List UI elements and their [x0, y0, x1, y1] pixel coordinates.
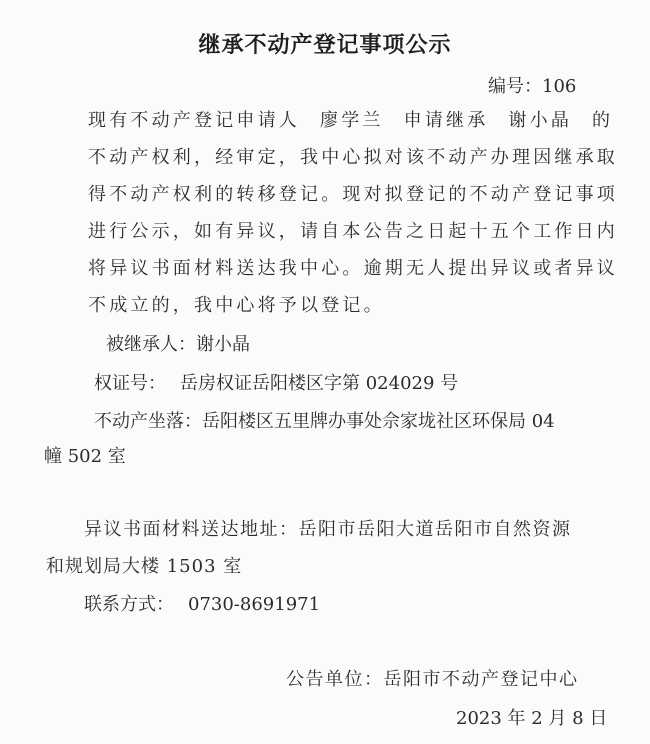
body-text: 申请继承	[404, 110, 489, 131]
body-line-1: 现有不动产登记申请人廖学兰申请继承谢小晶的	[88, 106, 613, 132]
objection-address-label: 异议书面材料送达地址：	[84, 519, 299, 540]
certificate-label: 权证号：	[94, 373, 166, 394]
applicant-name: 廖学兰	[320, 110, 384, 131]
location-label: 不动产坐落：	[94, 411, 202, 432]
objection-address-line1: 岳阳市岳阳大道岳阳市自然资源	[299, 519, 572, 540]
certificate-value: 岳房权证岳阳楼区字第 024029 号	[180, 373, 458, 394]
location-value-line1: 岳阳楼区五里牌办事处佘家垅社区环保局 04	[202, 411, 555, 432]
issuer-label: 公告单位：	[286, 669, 384, 690]
contact-value: 0730-8691971	[188, 594, 320, 615]
issuer-field: 公告单位：岳阳市不动产登记中心	[286, 665, 579, 691]
objection-address: 异议书面材料送达地址：岳阳市岳阳大道岳阳市自然资源	[84, 515, 572, 541]
contact-field: 联系方式：0730-8691971	[84, 590, 320, 616]
document-title: 继承不动产登记事项公示	[0, 28, 650, 59]
objection-address-line2: 和规划局大楼 1503 室	[46, 552, 242, 578]
document-number: 编号：106	[488, 72, 576, 98]
public-notice-document: 继承不动产登记事项公示 编号：106 现有不动产登记申请人廖学兰申请继承谢小晶的…	[0, 0, 650, 744]
decedent-field: 被继承人：谢小晶	[106, 330, 250, 356]
body-line-2: 不动产权利，经审定，我中心拟对该不动产办理因继承取	[88, 143, 618, 169]
body-line-4: 进行公示，如有异议，请自本公告之日起十五个工作日内	[88, 217, 618, 243]
document-number-label: 编号：	[488, 76, 542, 97]
location-field: 不动产坐落：岳阳楼区五里牌办事处佘家垅社区环保局 04	[94, 407, 555, 433]
notice-date: 2023 年 2 月 8 日	[456, 704, 607, 730]
decedent-name: 谢小晶	[508, 110, 572, 131]
body-text: 的	[592, 110, 613, 131]
body-text: 现有不动产登记申请人	[88, 110, 300, 131]
decedent-label: 被继承人：	[106, 334, 196, 355]
certificate-field: 权证号：岳房权证岳阳楼区字第 024029 号	[94, 369, 458, 395]
body-line-6: 不成立的，我中心将予以登记。	[88, 291, 385, 317]
decedent-value: 谢小晶	[196, 334, 250, 355]
document-number-value: 106	[542, 76, 576, 97]
issuer-value: 岳阳市不动产登记中心	[384, 669, 579, 690]
body-line-5: 将异议书面材料送达我中心。逾期无人提出异议或者异议	[88, 254, 618, 280]
body-line-3: 得不动产权利的转移登记。现对拟登记的不动产登记事项	[88, 180, 618, 206]
contact-label: 联系方式：	[84, 594, 174, 615]
location-value-line2: 幢 502 室	[44, 442, 126, 468]
